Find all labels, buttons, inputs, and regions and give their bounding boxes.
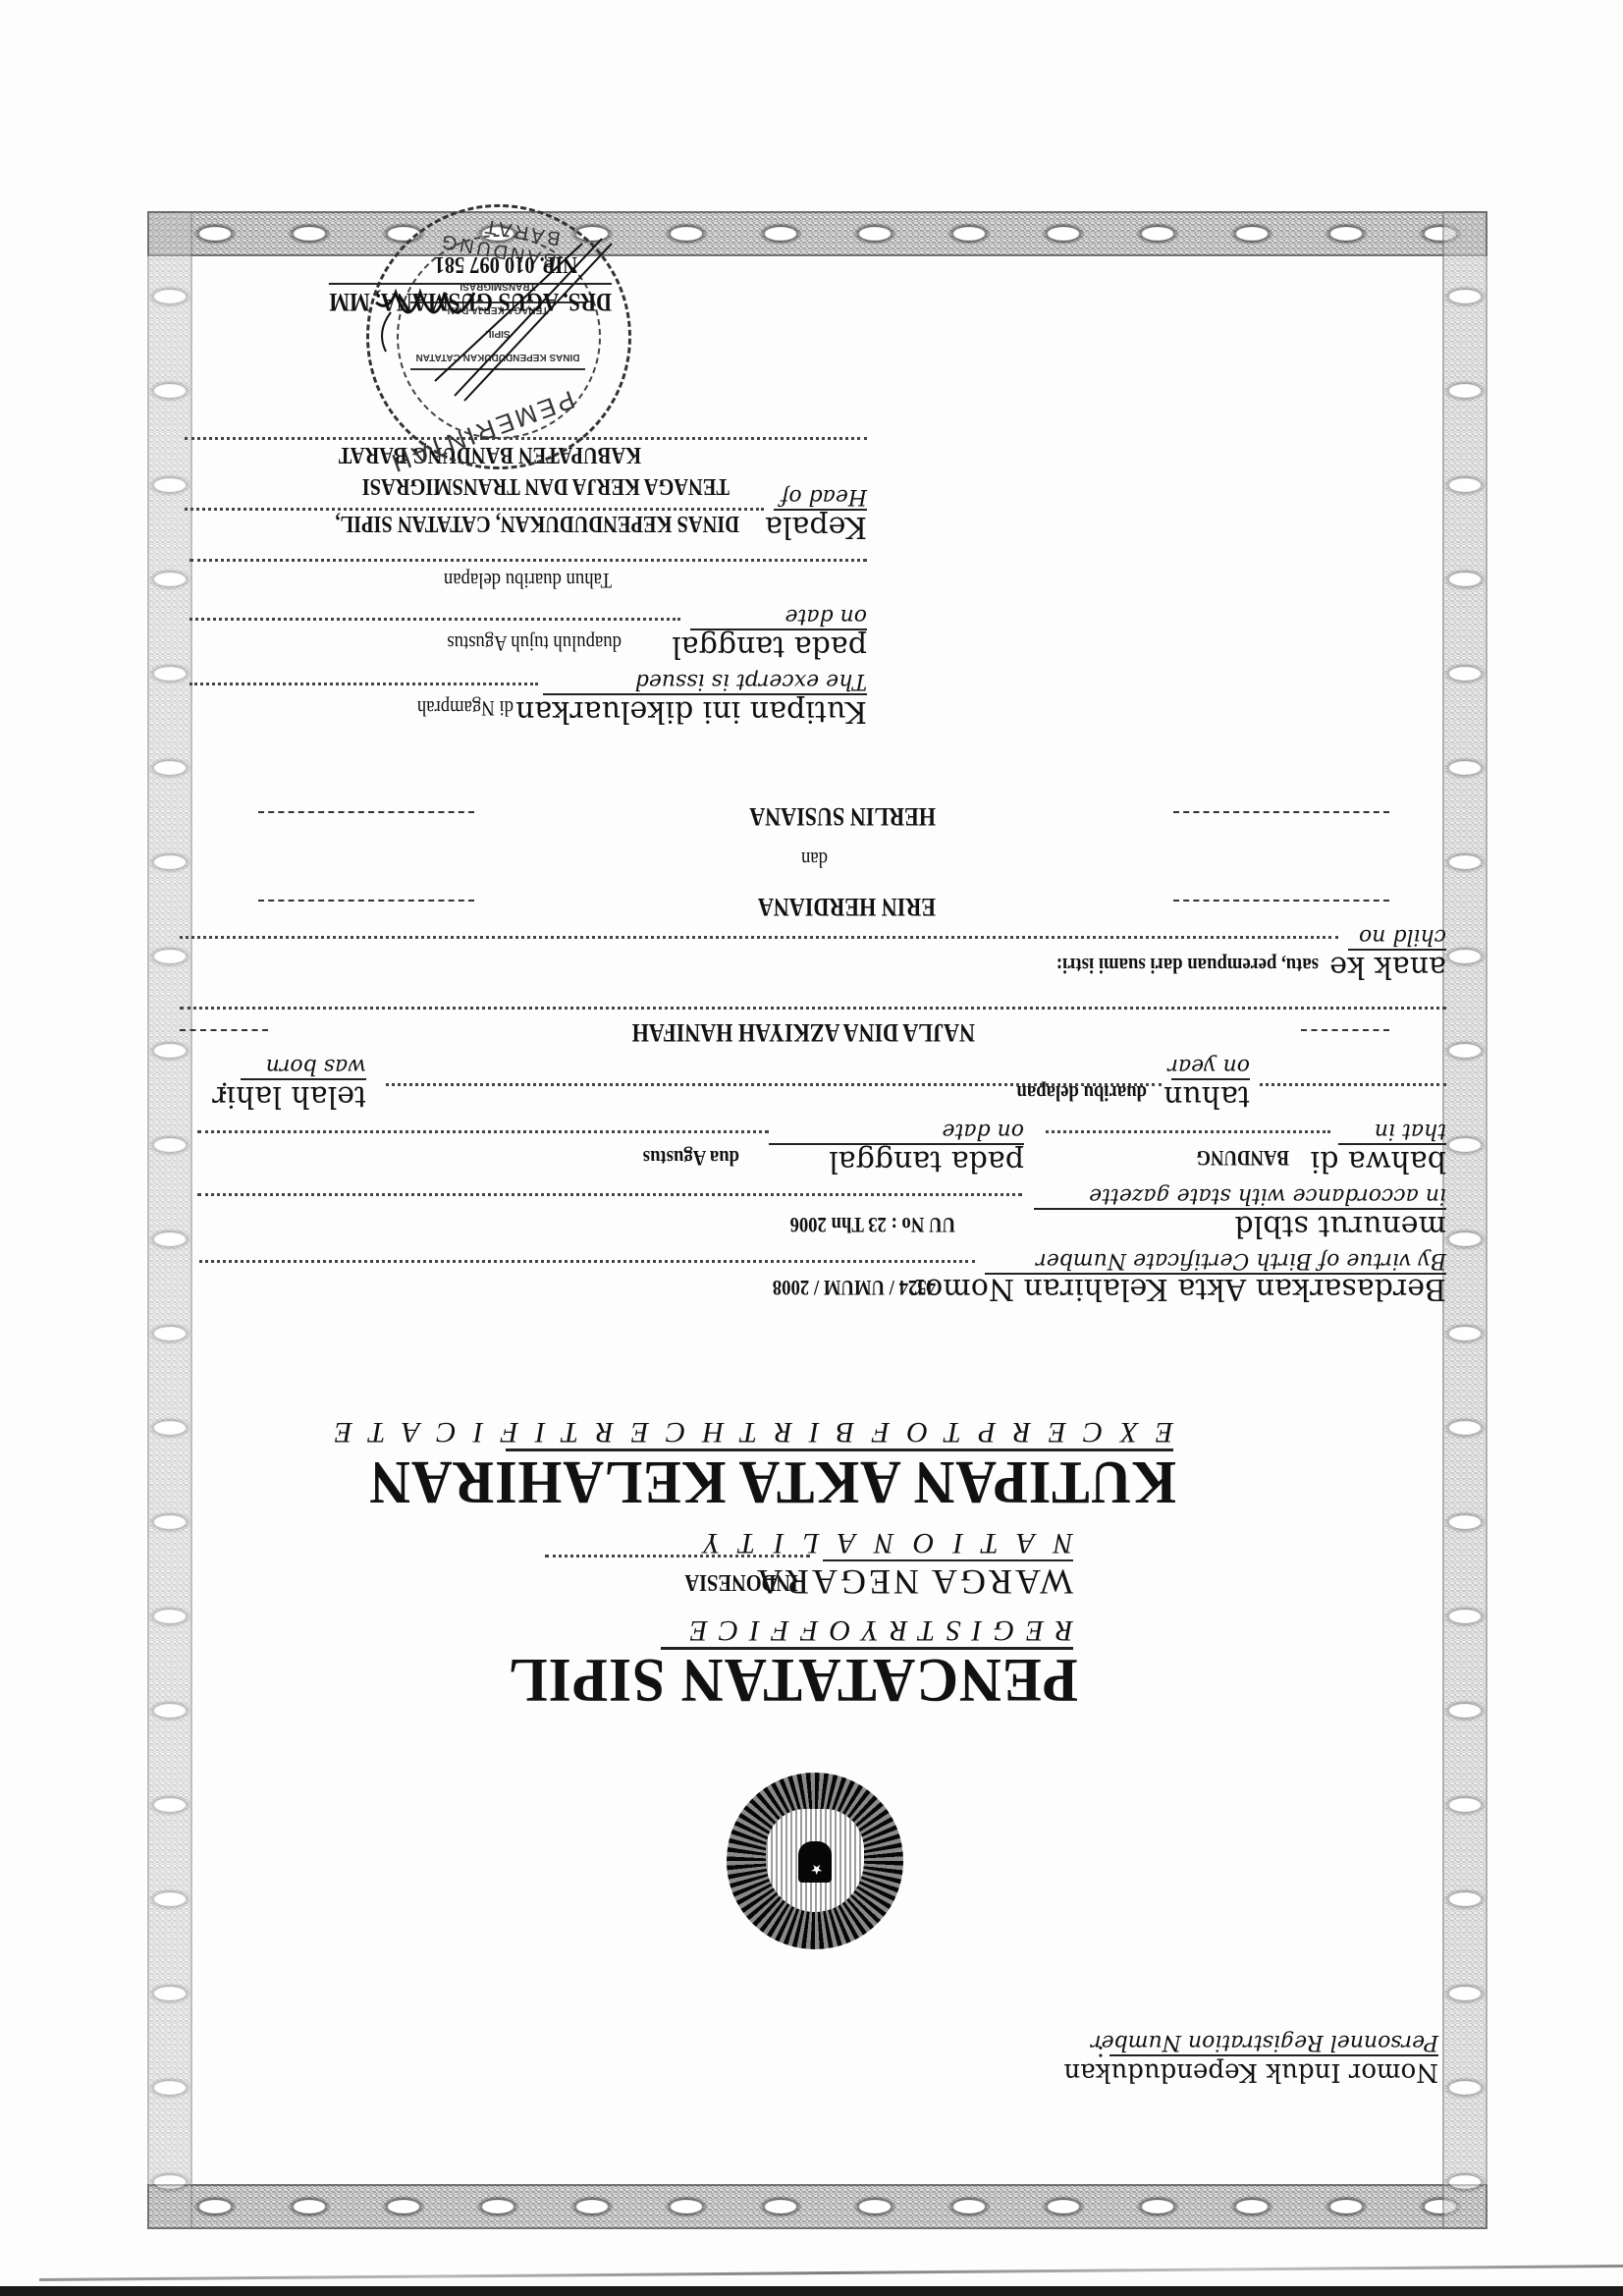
certificate-title-en: E X C E R P T O F B I R T H C E R T I F … xyxy=(506,1415,1173,1451)
border-right xyxy=(147,211,192,2229)
nik-value: : xyxy=(1097,2041,1105,2068)
certificate-number-label: Berdasarkan Akta Kelahiran Nomor xyxy=(911,1273,1446,1304)
birth-date-label: pada tanggal xyxy=(829,1145,1024,1176)
official-nip: NIP. 010 097 581 xyxy=(435,250,577,277)
head-label-en: Head of xyxy=(774,484,867,511)
nationality-value: INDONESIA xyxy=(684,1568,798,1595)
child-number-label-en: child no xyxy=(1348,924,1446,951)
head-label: Kepala xyxy=(765,511,867,542)
nik-label-en: Personnel Registration Number xyxy=(1109,2030,1438,2056)
birth-year-label: tahun xyxy=(1163,1080,1250,1112)
nationality-label: WARGA NEGARA xyxy=(754,1561,1073,1603)
father-name: ERIN HERDIANA xyxy=(758,892,936,921)
office-title: PENCATATAN SIPIL xyxy=(508,1644,1078,1717)
border-top xyxy=(147,2184,1488,2229)
border-bottom xyxy=(147,211,1488,256)
garuda-emblem-icon xyxy=(727,1773,903,1949)
issued-label: Kutipan ini dikeluarkan xyxy=(515,695,867,727)
certificate-title: KUTIPAN AKTA KELAHIRAN xyxy=(369,1447,1176,1516)
birth-date-label-en: on date xyxy=(769,1119,1024,1145)
shield-icon xyxy=(798,1841,832,1883)
child-name: NAJLA DINA AZKIYAH HANIFAH xyxy=(632,1017,975,1047)
born-label: telah lahir xyxy=(212,1080,366,1112)
issued-place: di Ngamprah xyxy=(417,695,514,721)
law-value: UU No : 23 Thn 2006 xyxy=(789,1212,955,1237)
issued-date-value: duapuluh tujuh Agustus xyxy=(447,630,622,656)
born-label-en: was born xyxy=(241,1054,366,1080)
certificate-number-label-en: By virtue of Birth Certificate Number xyxy=(985,1248,1446,1275)
child-number-value: satu, perempuan dari suami istri: xyxy=(1056,953,1319,978)
office-title-en: R E G I S T R Y O F F I C E xyxy=(661,1613,1073,1650)
official-name: DRS. AGUS GUSMANA, MM xyxy=(329,283,612,316)
birth-year-label-en: on year xyxy=(1171,1054,1250,1080)
law-label-en: in accordance with state gazette xyxy=(1034,1183,1446,1210)
place-value: BANDUNG xyxy=(1196,1145,1289,1171)
child-number-label: anak ke xyxy=(1329,951,1446,982)
nationality-label-en: N A T I O N A L I T Y xyxy=(823,1526,1073,1561)
agency-line-2: TENAGA KERJA DAN TRANSMIGRASI xyxy=(362,472,730,499)
mother-name: HERLIN SUSIANA xyxy=(749,801,936,831)
agency-line-1: DINAS KEPENDUDUKAN, CATATAN SIPIL, xyxy=(335,510,739,536)
issued-date-label: pada tanggal xyxy=(672,630,867,662)
certificate-number-value: 4524 / UMUM / 2008 xyxy=(773,1275,936,1300)
scanned-document: Nomor Induk Kependudukan Personnel Regis… xyxy=(0,0,1623,2296)
issued-year-value: Tahun duaribu delapan xyxy=(444,568,612,593)
issued-label-en: The excerpt is issued xyxy=(543,669,867,695)
parents-conjunction: dan xyxy=(801,847,828,872)
law-label: menurut stbld xyxy=(1234,1210,1446,1241)
born-colon: : xyxy=(220,1076,229,1106)
issued-date-label-en: on date xyxy=(690,604,867,630)
place-label-en: that in xyxy=(1338,1119,1446,1145)
nik-label: Nomor Induk Kependudukan xyxy=(1064,2056,1439,2088)
birth-date-value: dua Agustus xyxy=(643,1145,739,1171)
border-left xyxy=(1442,211,1488,2229)
place-label: bahwa di xyxy=(1311,1145,1446,1176)
birth-certificate-page: Nomor Induk Kependudukan Personnel Regis… xyxy=(0,0,1623,2296)
